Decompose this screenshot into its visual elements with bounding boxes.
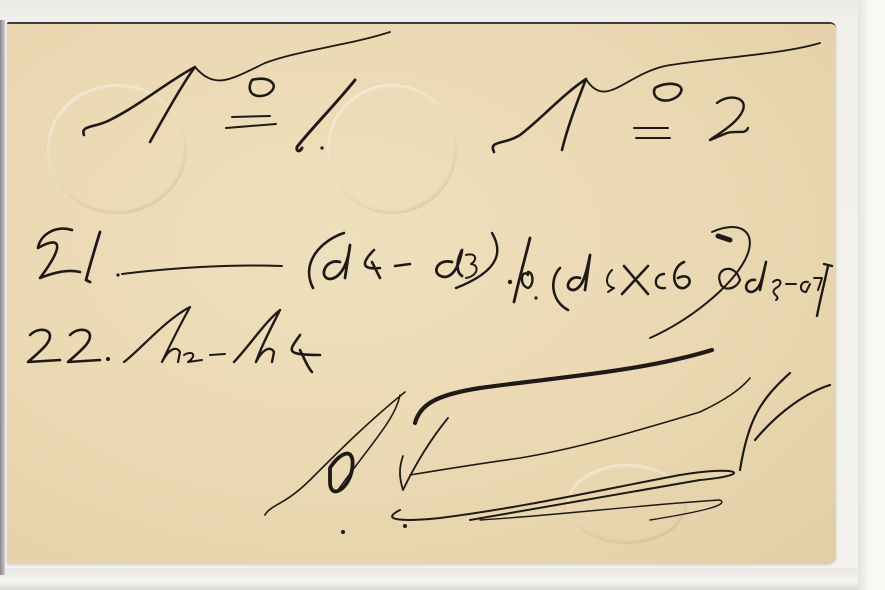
heading-no-2-strokes [493, 43, 820, 152]
move-line-22-strokes [28, 307, 320, 372]
move-line-21-strokes [38, 227, 832, 338]
handwriting-ink [0, 0, 885, 590]
signature-strokes [265, 350, 830, 534]
heading-no-1-strokes [83, 32, 390, 151]
